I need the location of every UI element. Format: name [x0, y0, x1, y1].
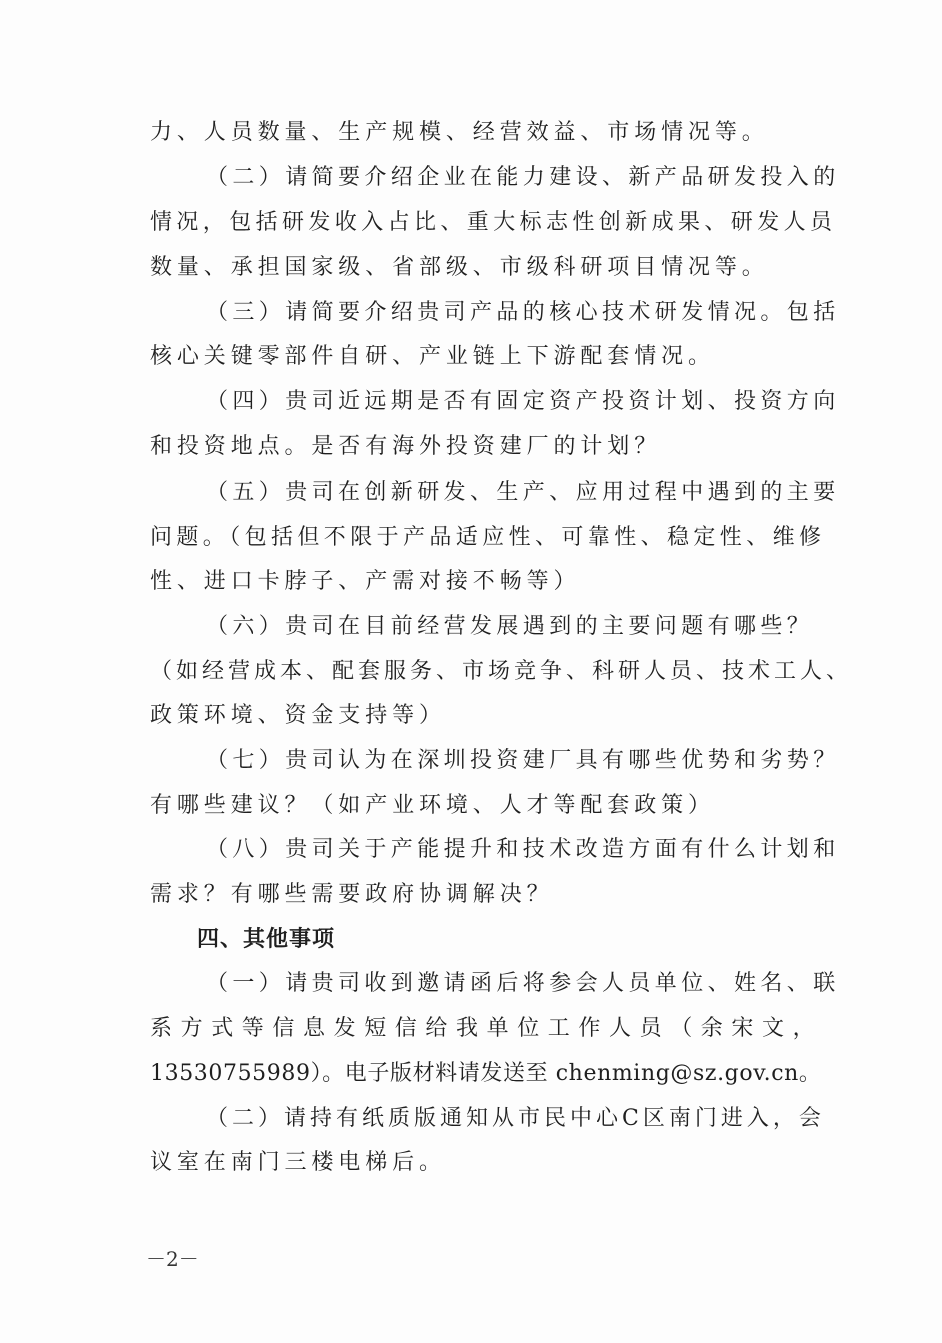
text-line: 性、进口卡脖子、产需对接不畅等）	[150, 560, 810, 604]
other-item-2-line: （二）请持有纸质版通知从市民中心C区南门进入，会	[150, 1097, 810, 1141]
text-line: 和投资地点。是否有海外投资建厂的计划？	[150, 425, 810, 469]
text-line: 情况，包括研发收入占比、重大标志性创新成果、研发人员	[150, 201, 810, 245]
section-heading-other-matters: 四、其他事项	[197, 918, 857, 962]
text-line: 问题。（包括但不限于产品适应性、可靠性、稳定性、维修	[150, 516, 810, 560]
page-number: －2－	[146, 1243, 199, 1272]
text-line: 政策环境、资金支持等）	[150, 694, 810, 738]
item-3-heading-line: （三）请简要介绍贵司产品的核心技术研发情况。包括	[150, 291, 810, 335]
text-line: （如经营成本、配套服务、市场竞争、科研人员、技术工人、	[150, 650, 810, 694]
text-line: 需求？有哪些需要政府协调解决？	[150, 873, 810, 917]
item-6-heading-line: （六）贵司在目前经营发展遇到的主要问题有哪些？	[150, 605, 810, 649]
other-item-1-line: （一）请贵司收到邀请函后将参会人员单位、姓名、联	[150, 962, 810, 1006]
item-5-heading-line: （五）贵司在创新研发、生产、应用过程中遇到的主要	[150, 471, 810, 515]
text-line: 数量、承担国家级、省部级、市级科研项目情况等。	[150, 246, 810, 290]
text-line: 核心关键零部件自研、产业链上下游配套情况。	[150, 335, 810, 379]
text-line: 议室在南门三楼电梯后。	[150, 1141, 810, 1185]
text-line: 有哪些建议？（如产业环境、人才等配套政策）	[150, 784, 810, 828]
contact-email-line: 13530755989）。电子版材料请发送至 chenming@sz.gov.c…	[150, 1052, 810, 1096]
item-8-heading-line: （八）贵司关于产能提升和技术改造方面有什么计划和	[150, 828, 810, 872]
text-line: 力、人员数量、生产规模、经营效益、市场情况等。	[150, 111, 810, 155]
item-7-heading-line: （七）贵司认为在深圳投资建厂具有哪些优势和劣势？	[150, 739, 810, 783]
text-line: 系方式等信息发短信给我单位工作人员（余宋文，	[150, 1007, 810, 1051]
item-4-heading-line: （四）贵司近远期是否有固定资产投资计划、投资方向	[150, 380, 810, 424]
document-page: 力、人员数量、生产规模、经营效益、市场情况等。 （二）请简要介绍企业在能力建设、…	[0, 0, 942, 1343]
item-2-heading-line: （二）请简要介绍企业在能力建设、新产品研发投入的	[150, 156, 810, 200]
